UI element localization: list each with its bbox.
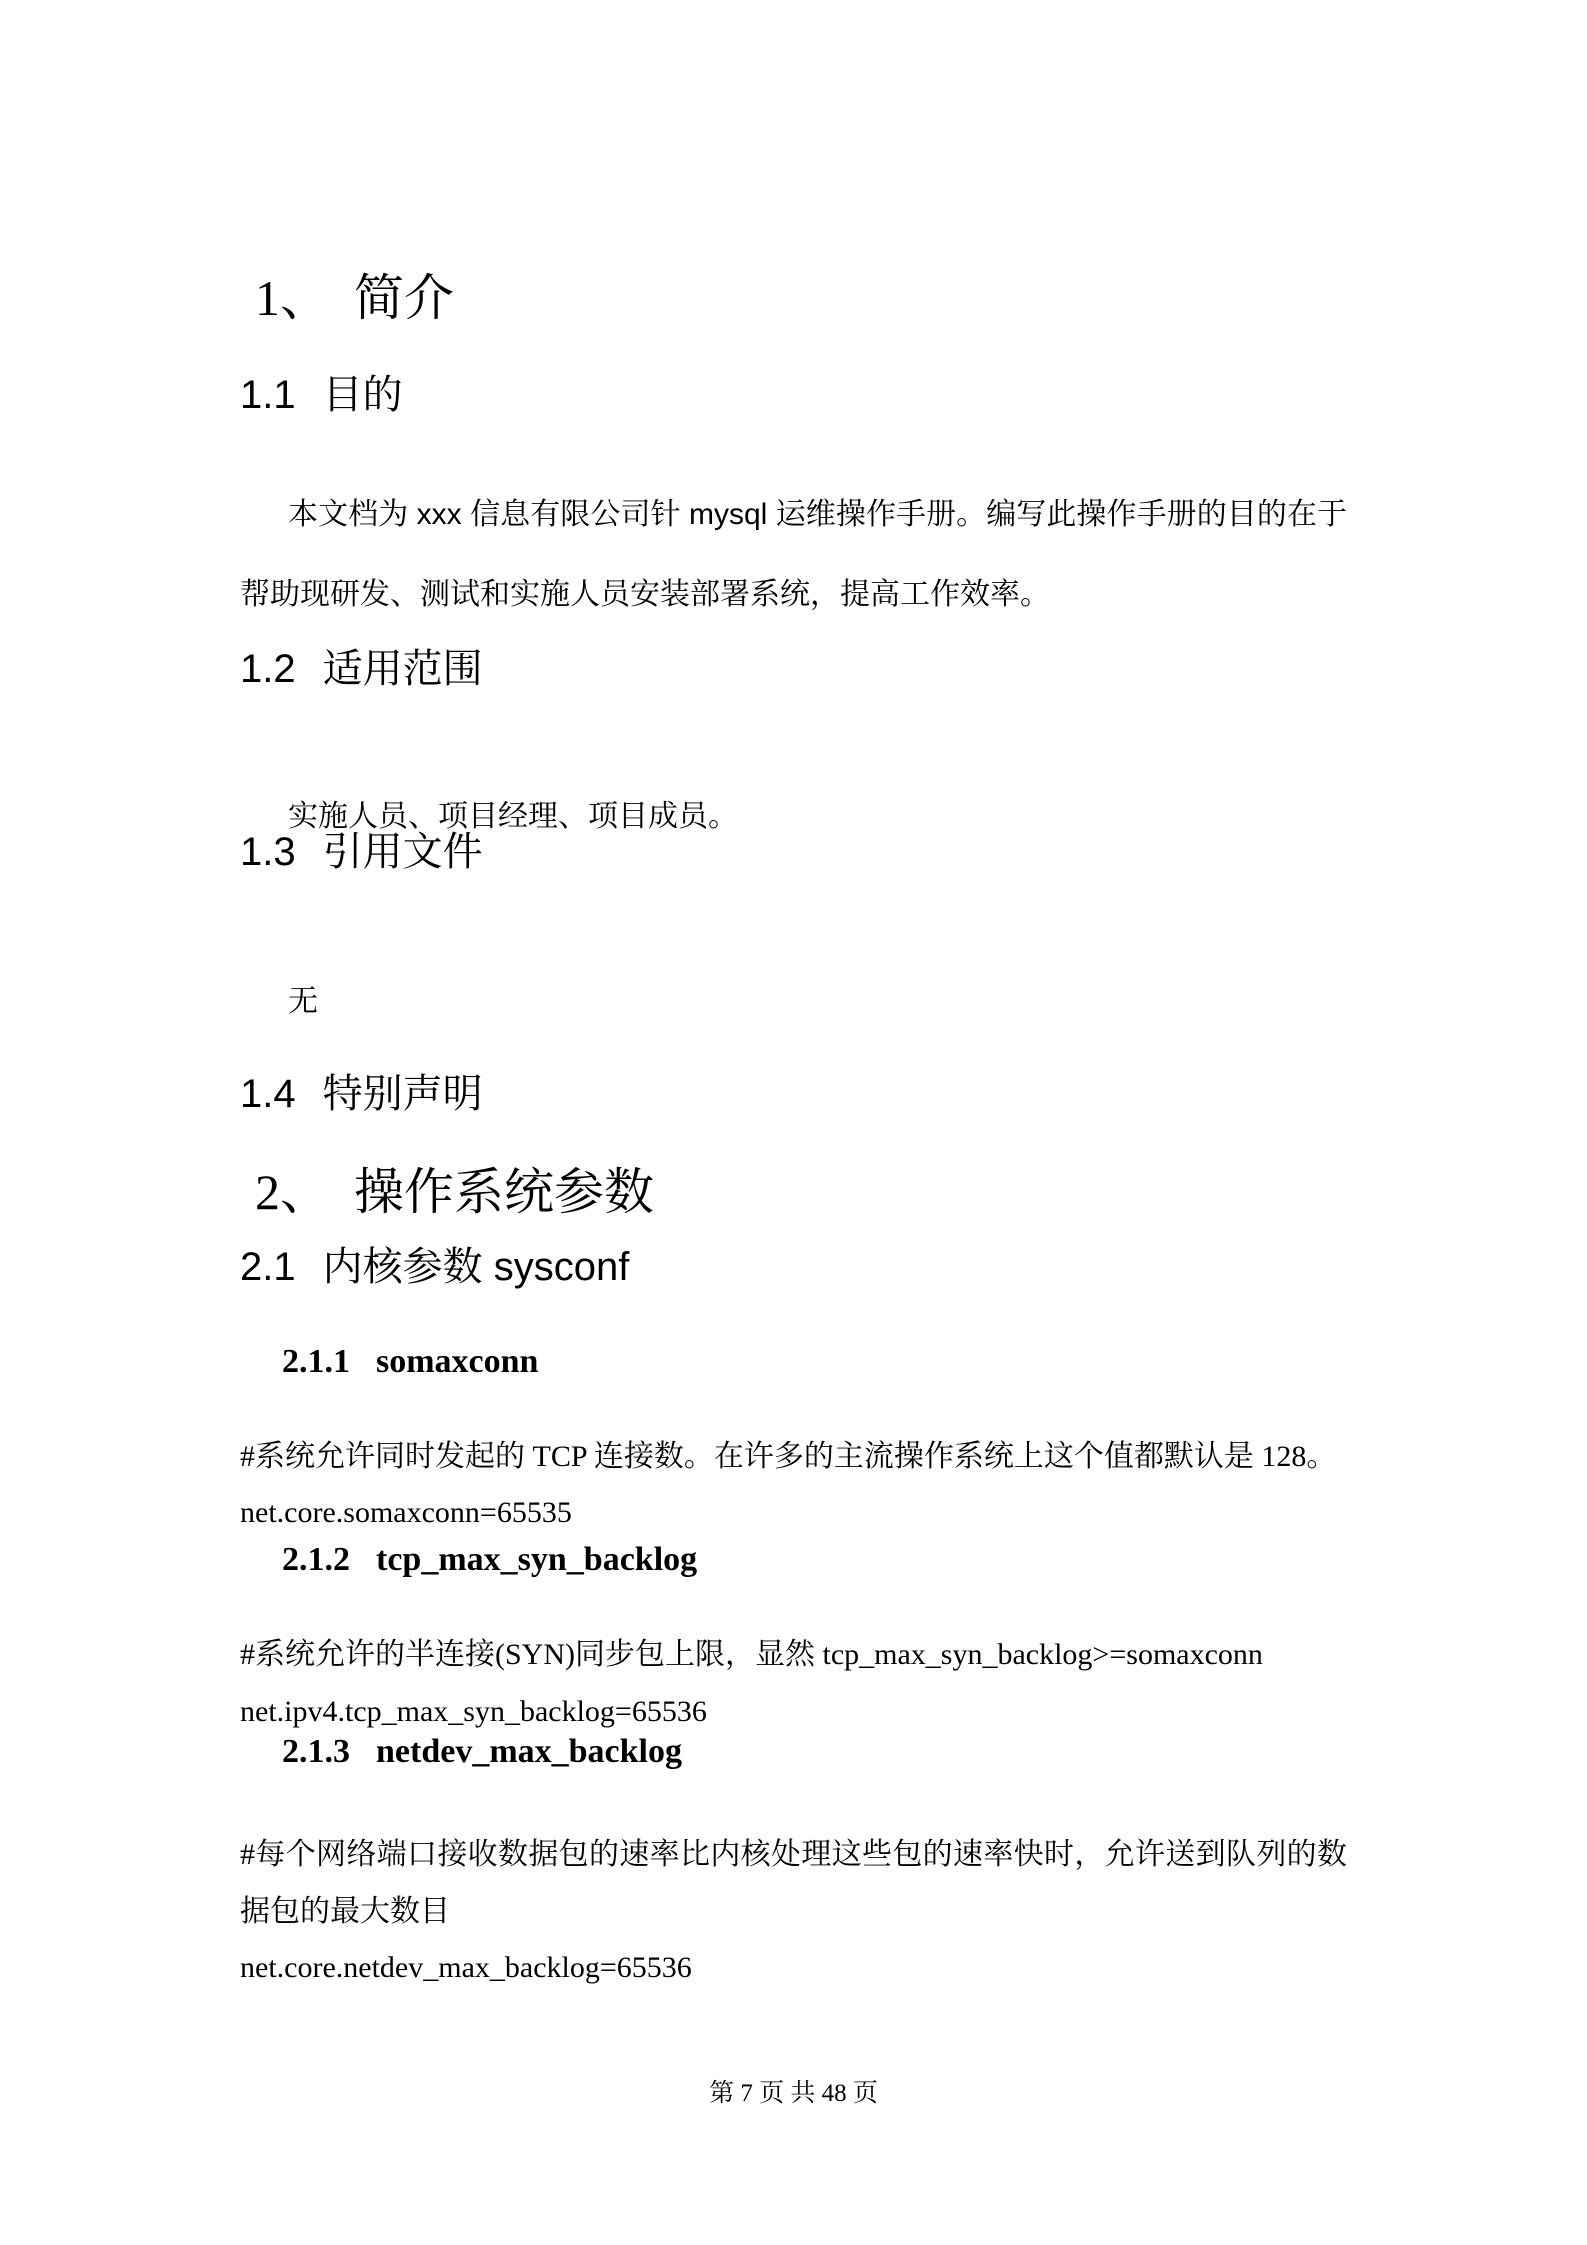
subsection-title: netdev_max_backlog: [376, 1733, 682, 1770]
section-heading-purpose: 1.1目的: [240, 374, 403, 416]
section-number: 1.3: [240, 830, 296, 874]
section-heading-special-statement: 1.4特别声明: [240, 1073, 483, 1115]
section-number: 1.1: [240, 373, 296, 417]
section-heading-references: 1.3引用文件: [240, 831, 483, 873]
chapter-title: 操作系统参数: [354, 1164, 654, 1220]
paragraph-purpose: 本文档为 xxx 信息有限公司针 mysql 运维操作手册。编写此操作手册的目的…: [240, 475, 1347, 635]
config-line-somaxconn: net.core.somaxconn=65535: [240, 1496, 1347, 1530]
section-heading-kernel-sysconf: 2.1内核参数 sysconf: [240, 1246, 629, 1288]
section-number: 1.2: [240, 647, 296, 691]
comment-netdev-max-backlog: #每个网络端口接收数据包的速率比内核处理这些包的速率快时，允许送到队列的数据包的…: [240, 1826, 1347, 1940]
section-number: 1.4: [240, 1072, 296, 1116]
subsection-heading-tcp-max-syn-backlog: 2.1.2tcp_max_syn_backlog: [282, 1541, 697, 1578]
chapter-title: 简介: [354, 270, 454, 326]
page-footer: 第 7 页 共 48 页: [0, 2080, 1587, 2108]
subsection-number: 2.1.1: [282, 1343, 350, 1380]
subsection-number: 2.1.3: [282, 1733, 350, 1770]
comment-tcp-max-syn-backlog: #系统允许的半连接(SYN)同步包上限，显然 tcp_max_syn_backl…: [240, 1638, 1347, 1672]
page-number-text: 第 7 页 共 48 页: [709, 2080, 878, 2107]
config-line-tcp-max-syn-backlog: net.ipv4.tcp_max_syn_backlog=65536: [240, 1695, 1347, 1729]
chapter-number: 2、: [255, 1164, 330, 1220]
section-title: 内核参数 sysconf: [323, 1245, 630, 1289]
chapter-heading-intro: 1、简介: [255, 272, 454, 325]
section-number: 2.1: [240, 1245, 296, 1289]
paragraph-references: 无: [240, 983, 1347, 1021]
section-title: 适用范围: [323, 647, 483, 691]
chapter-number: 1、: [255, 270, 330, 326]
comment-somaxconn: #系统允许同时发起的 TCP 连接数。在许多的主流操作系统上这个值都默认是 12…: [240, 1440, 1347, 1474]
subsection-number: 2.1.2: [282, 1541, 350, 1578]
subsection-title: somaxconn: [376, 1343, 538, 1380]
section-title: 引用文件: [323, 830, 483, 874]
section-title: 特别声明: [323, 1072, 483, 1116]
document-page: 1、简介 1.1目的 本文档为 xxx 信息有限公司针 mysql 运维操作手册…: [0, 0, 1587, 2245]
section-title: 目的: [323, 373, 403, 417]
config-line-netdev-max-backlog: net.core.netdev_max_backlog=65536: [240, 1951, 1347, 1985]
subsection-title: tcp_max_syn_backlog: [376, 1541, 697, 1578]
subsection-heading-somaxconn: 2.1.1somaxconn: [282, 1343, 538, 1380]
chapter-heading-os-params: 2、操作系统参数: [255, 1166, 654, 1219]
subsection-heading-netdev-max-backlog: 2.1.3netdev_max_backlog: [282, 1733, 682, 1770]
section-heading-scope: 1.2适用范围: [240, 648, 483, 690]
